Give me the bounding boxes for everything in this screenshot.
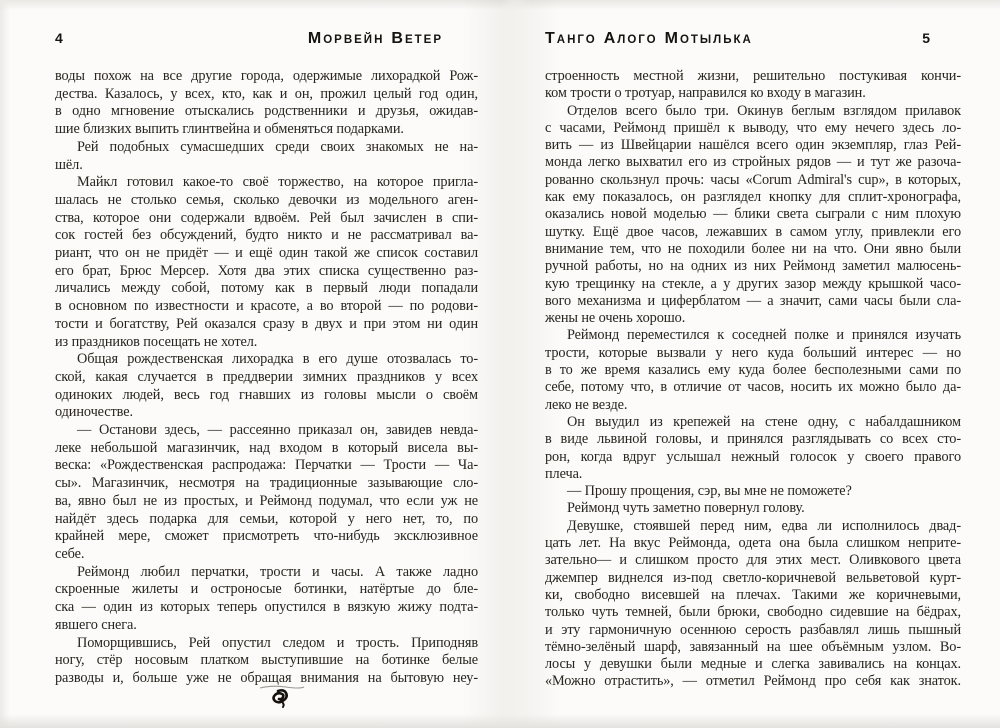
text-line: леке небольшой магазинчик, над входом в … <box>55 440 478 458</box>
page-number-right: 5 <box>922 30 930 46</box>
page-right: ТАНГОАЛОГОМОТЫЛЬКА 5 строенность местной… <box>545 30 961 691</box>
text-line: Он выудил из крепежей на стене одну, с н… <box>545 414 961 431</box>
text-line: Рей подобных сумасшедших среди своих зна… <box>55 139 478 157</box>
book-scan: 4 МОРВЕЙНВЕТЕР воды похож на все другие … <box>0 0 1000 728</box>
text-line: личались между собой, потому как в первы… <box>55 280 478 298</box>
text-line: ручной работы, но на одних из них Реймон… <box>545 258 961 275</box>
text-line: ства, которое они содержали вдвоём. Рей … <box>55 210 478 228</box>
text-line: только чуть темней, были брюки, свободно… <box>545 604 961 621</box>
running-head-word: МОТЫЛЬКА <box>665 30 753 48</box>
text-line: лосы у девушки были медные и слегка зави… <box>545 656 961 673</box>
running-head-word: АЛОГО <box>604 30 658 48</box>
text-line: Майкл готовил какое-то своё торжество, н… <box>55 174 478 192</box>
running-head-left: 4 МОРВЕЙНВЕТЕР <box>55 30 478 47</box>
text-block-left: воды похож на все другие города, одержим… <box>55 68 478 688</box>
text-line: вого механизма и циферблатом — а значит,… <box>545 293 961 310</box>
page-left: 4 МОРВЕЙНВЕТЕР воды похож на все другие … <box>55 30 478 688</box>
running-head-word: ТАНГО <box>545 30 597 48</box>
text-line: ска — один из которых теперь опустился в… <box>55 599 478 617</box>
text-line: — Прошу прощения, сэр, вы мне не поможет… <box>545 483 961 500</box>
text-line: шутку. Ещё двое часов, лежавших в самом … <box>545 224 961 241</box>
text-line: риант, что он не придёт — и ещё один так… <box>55 245 478 263</box>
text-line: вить — из Швейцарии нашёлся всего один э… <box>545 137 961 154</box>
text-line: Общая рождественская лихорадка в его душ… <box>55 351 478 369</box>
text-line: шалась не столько семья, сколько девочки… <box>55 192 478 210</box>
text-line: жены не очень хорошо. <box>545 310 961 327</box>
text-line: цать лет. На вкус Реймонда, одета она бы… <box>545 535 961 552</box>
text-line: ки, свободно висевшей на плечах. Такими … <box>545 587 961 604</box>
text-line: плеча. <box>545 466 961 483</box>
text-line: себе. <box>55 546 478 564</box>
text-line: из праздников посещать не хотел. <box>55 334 478 352</box>
text-line: в то же время казались ему куда более бе… <box>545 362 961 379</box>
text-line: трости, которые вызвали у него куда боль… <box>545 345 961 362</box>
running-head-word: ВЕТЕР <box>391 30 443 48</box>
text-line: с часами, Реймонд пришёл к выводу, что е… <box>545 120 961 137</box>
text-line: джемпер виднелся из-под светло-коричнево… <box>545 570 961 587</box>
text-line: рон, когда вдруг услышал нежный голосок … <box>545 449 961 466</box>
text-line: сы». Магазинчик, несмотря на традиционны… <box>55 475 478 493</box>
ink-smudge-mark <box>256 681 308 711</box>
text-line: ком трости о тротуар, направился ко вход… <box>545 85 961 102</box>
text-line: в одно мгновение отыскались родственники… <box>55 103 478 121</box>
text-line: Отделов всего было три. Окинув беглым вз… <box>545 103 961 120</box>
text-line: одиноких людей, весь год гнавших из голо… <box>55 387 478 405</box>
text-line: зательно— и слишком просто для этих мест… <box>545 552 961 569</box>
text-line: — Останови здесь, — рассеянно приказал о… <box>55 422 478 440</box>
text-line: Реймонд чуть заметно повернул голову. <box>545 500 961 517</box>
text-line: тости и богатству, Рей оказался сразу в … <box>55 316 478 334</box>
text-line: кую трещинку на стекле, а у других зазор… <box>545 276 961 293</box>
running-head-word: МОРВЕЙН <box>308 30 385 48</box>
text-line: «Можно отрастить», — отметил Реймонд про… <box>545 673 961 690</box>
text-line: строенность местной жизни, решительно по… <box>545 68 961 85</box>
text-line: как ему показалось, он разглядел кнопку … <box>545 189 961 206</box>
text-line: в основном по известности и красоте, а в… <box>55 298 478 316</box>
text-line: дества. Казалось, у всех, кто, как и он,… <box>55 86 478 104</box>
author-running-head: МОРВЕЙНВЕТЕР <box>308 30 443 48</box>
text-line: Девушке, стоявшей перед ним, едва ли исп… <box>545 518 961 535</box>
text-line: и эту гармоничную осеннюю серость разбав… <box>545 622 961 639</box>
text-line: рованно скользнул прочь: часы «Corum Adm… <box>545 172 961 189</box>
scan-edge-left <box>0 0 10 728</box>
page-number-left: 4 <box>55 30 63 46</box>
text-line: леко не везде. <box>545 397 961 414</box>
text-line: Поморщившись, Рей опустил следом и трост… <box>55 635 478 653</box>
text-line: ногу, стёр носовым платком выступившие н… <box>55 652 478 670</box>
text-line: тёмно-зелёный шарф, завязанный на шее об… <box>545 639 961 656</box>
text-line: шие близких выпить глинтвейна и обменять… <box>55 121 478 139</box>
text-block-right: строенность местной жизни, решительно по… <box>545 68 961 691</box>
text-line: найдёт здесь подарка для семьи, которой … <box>55 511 478 529</box>
text-line: себе, потому что, в отличие от часов, но… <box>545 379 961 396</box>
text-line: шёл. <box>55 157 478 175</box>
text-line: веска: «Рождественская распродажа: Перча… <box>55 457 478 475</box>
scan-edge-bottom <box>0 714 1000 728</box>
text-line: в виде львиной головы, и принялся разгля… <box>545 431 961 448</box>
text-line: Реймонд переместился к соседней полке и … <box>545 327 961 344</box>
text-line: оказались новой моделью — блики света сы… <box>545 206 961 223</box>
text-line: явшего снега. <box>55 617 478 635</box>
text-line: внимание тем, что не походили более ни н… <box>545 241 961 258</box>
text-line: ва, явно был не из простых, и Реймонд по… <box>55 493 478 511</box>
title-running-head: ТАНГОАЛОГОМОТЫЛЬКА <box>545 30 753 48</box>
text-line: монда легко выхватил его из стройных ряд… <box>545 154 961 171</box>
text-line: его брат, Брюс Мерсер. Хотя два этих спи… <box>55 263 478 281</box>
text-line: крайней мере, сможет присмотреть что-ниб… <box>55 528 478 546</box>
text-line: воды похож на все другие города, одержим… <box>55 68 478 86</box>
text-line: Реймонд любил перчатки, трости и часы. А… <box>55 564 478 582</box>
text-line: сок гостей без обсуждений, будто никто и… <box>55 227 478 245</box>
text-line: ской, какая случается в преддверии зимни… <box>55 369 478 387</box>
text-line: одиночестве. <box>55 404 478 422</box>
text-line: скроенные жилеты и остроносые ботинки, н… <box>55 581 478 599</box>
running-head-right: ТАНГОАЛОГОМОТЫЛЬКА 5 <box>545 30 961 47</box>
